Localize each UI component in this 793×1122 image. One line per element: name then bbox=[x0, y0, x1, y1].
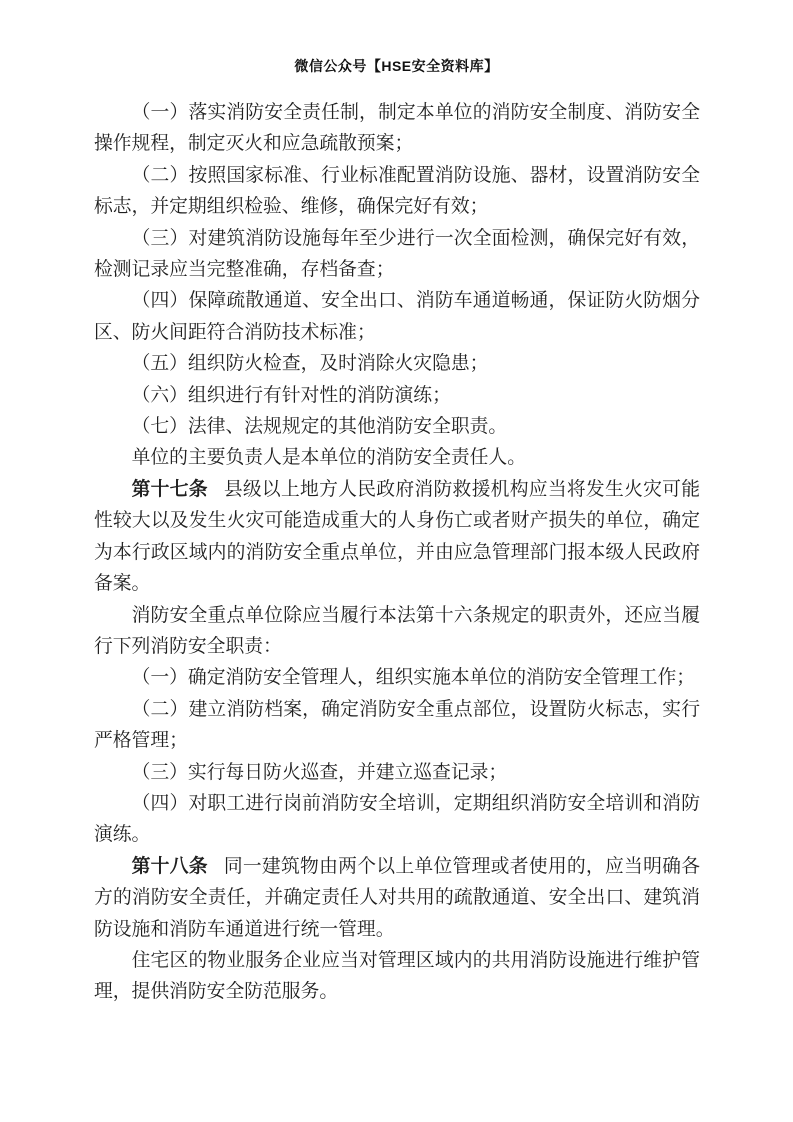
page-header-watermark: 微信公众号【HSE安全资料库】 bbox=[0, 56, 793, 76]
paragraph-article-18: 第十八条同一建筑物由两个以上单位管理或者使用的，应当明确各方的消防安全责任，并确… bbox=[94, 851, 700, 945]
paragraph: （四）保障疏散通道、安全出口、消防车通道畅通，保证防火防烟分区、防火间距符合消防… bbox=[94, 285, 700, 348]
paragraph: （六）组织进行有针对性的消防演练； bbox=[94, 380, 700, 411]
paragraph: （一）确定消防安全管理人，组织实施本单位的消防安全管理工作； bbox=[94, 662, 700, 693]
paragraph-text: （四）保障疏散通道、安全出口、消防车通道畅通，保证防火防烟分区、防火间距符合消防… bbox=[94, 290, 700, 342]
paragraph: （五）组织防火检查，及时消除火灾隐患； bbox=[94, 348, 700, 379]
article-number: 第十八条 bbox=[132, 856, 208, 877]
paragraph-text: （二）按照国家标准、行业标准配置消防设施、器材，设置消防安全标志，并定期组织检验… bbox=[94, 165, 700, 217]
paragraph: （三）实行每日防火巡查，并建立巡查记录； bbox=[94, 757, 700, 788]
paragraph-text: （六）组织进行有针对性的消防演练； bbox=[132, 385, 451, 406]
article-number: 第十七条 bbox=[132, 479, 208, 500]
paragraph-text: 消防安全重点单位除应当履行本法第十六条规定的职责外，还应当履行下列消防安全职责： bbox=[94, 605, 700, 657]
paragraph-text: （二）建立消防档案，确定消防安全重点部位，设置防火标志，实行严格管理； bbox=[94, 699, 700, 751]
paragraph-text: （七）法律、法规规定的其他消防安全职责。 bbox=[132, 416, 508, 437]
paragraph: 单位的主要负责人是本单位的消防安全责任人。 bbox=[94, 442, 700, 473]
paragraph: （二）按照国家标准、行业标准配置消防设施、器材，设置消防安全标志，并定期组织检验… bbox=[94, 160, 700, 223]
document-page: 微信公众号【HSE安全资料库】 （一）落实消防安全责任制，制定本单位的消防安全制… bbox=[0, 0, 793, 1122]
paragraph-text: （四）对职工进行岗前消防安全培训，定期组织消防安全培训和消防演练。 bbox=[94, 793, 700, 845]
paragraph-text: （一）确定消防安全管理人，组织实施本单位的消防安全管理工作； bbox=[132, 667, 695, 688]
paragraph-text: 住宅区的物业服务企业应当对管理区域内的共用消防设施进行维护管理，提供消防安全防范… bbox=[94, 950, 700, 1002]
paragraph-text: （一）落实消防安全责任制，制定本单位的消防安全制度、消防安全操作规程，制定灭火和… bbox=[94, 102, 700, 154]
paragraph-text: 单位的主要负责人是本单位的消防安全责任人。 bbox=[132, 447, 526, 468]
paragraph: 住宅区的物业服务企业应当对管理区域内的共用消防设施进行维护管理，提供消防安全防范… bbox=[94, 945, 700, 1008]
document-body: （一）落实消防安全责任制，制定本单位的消防安全制度、消防安全操作规程，制定灭火和… bbox=[94, 97, 700, 1008]
paragraph: （一）落实消防安全责任制，制定本单位的消防安全制度、消防安全操作规程，制定灭火和… bbox=[94, 97, 700, 160]
paragraph-text: （三）对建筑消防设施每年至少进行一次全面检测，确保完好有效，检测记录应当完整准确… bbox=[94, 228, 700, 280]
paragraph-text: （三）实行每日防火巡查，并建立巡查记录； bbox=[132, 762, 508, 783]
paragraph: （七）法律、法规规定的其他消防安全职责。 bbox=[94, 411, 700, 442]
paragraph-text: （五）组织防火检查，及时消除火灾隐患； bbox=[132, 353, 489, 374]
paragraph: （四）对职工进行岗前消防安全培训，定期组织消防安全培训和消防演练。 bbox=[94, 788, 700, 851]
paragraph-article-17: 第十七条县级以上地方人民政府消防救援机构应当将发生火灾可能性较大以及发生火灾可能… bbox=[94, 474, 700, 600]
paragraph: （二）建立消防档案，确定消防安全重点部位，设置防火标志，实行严格管理； bbox=[94, 694, 700, 757]
paragraph: （三）对建筑消防设施每年至少进行一次全面检测，确保完好有效，检测记录应当完整准确… bbox=[94, 223, 700, 286]
paragraph: 消防安全重点单位除应当履行本法第十六条规定的职责外，还应当履行下列消防安全职责： bbox=[94, 600, 700, 663]
